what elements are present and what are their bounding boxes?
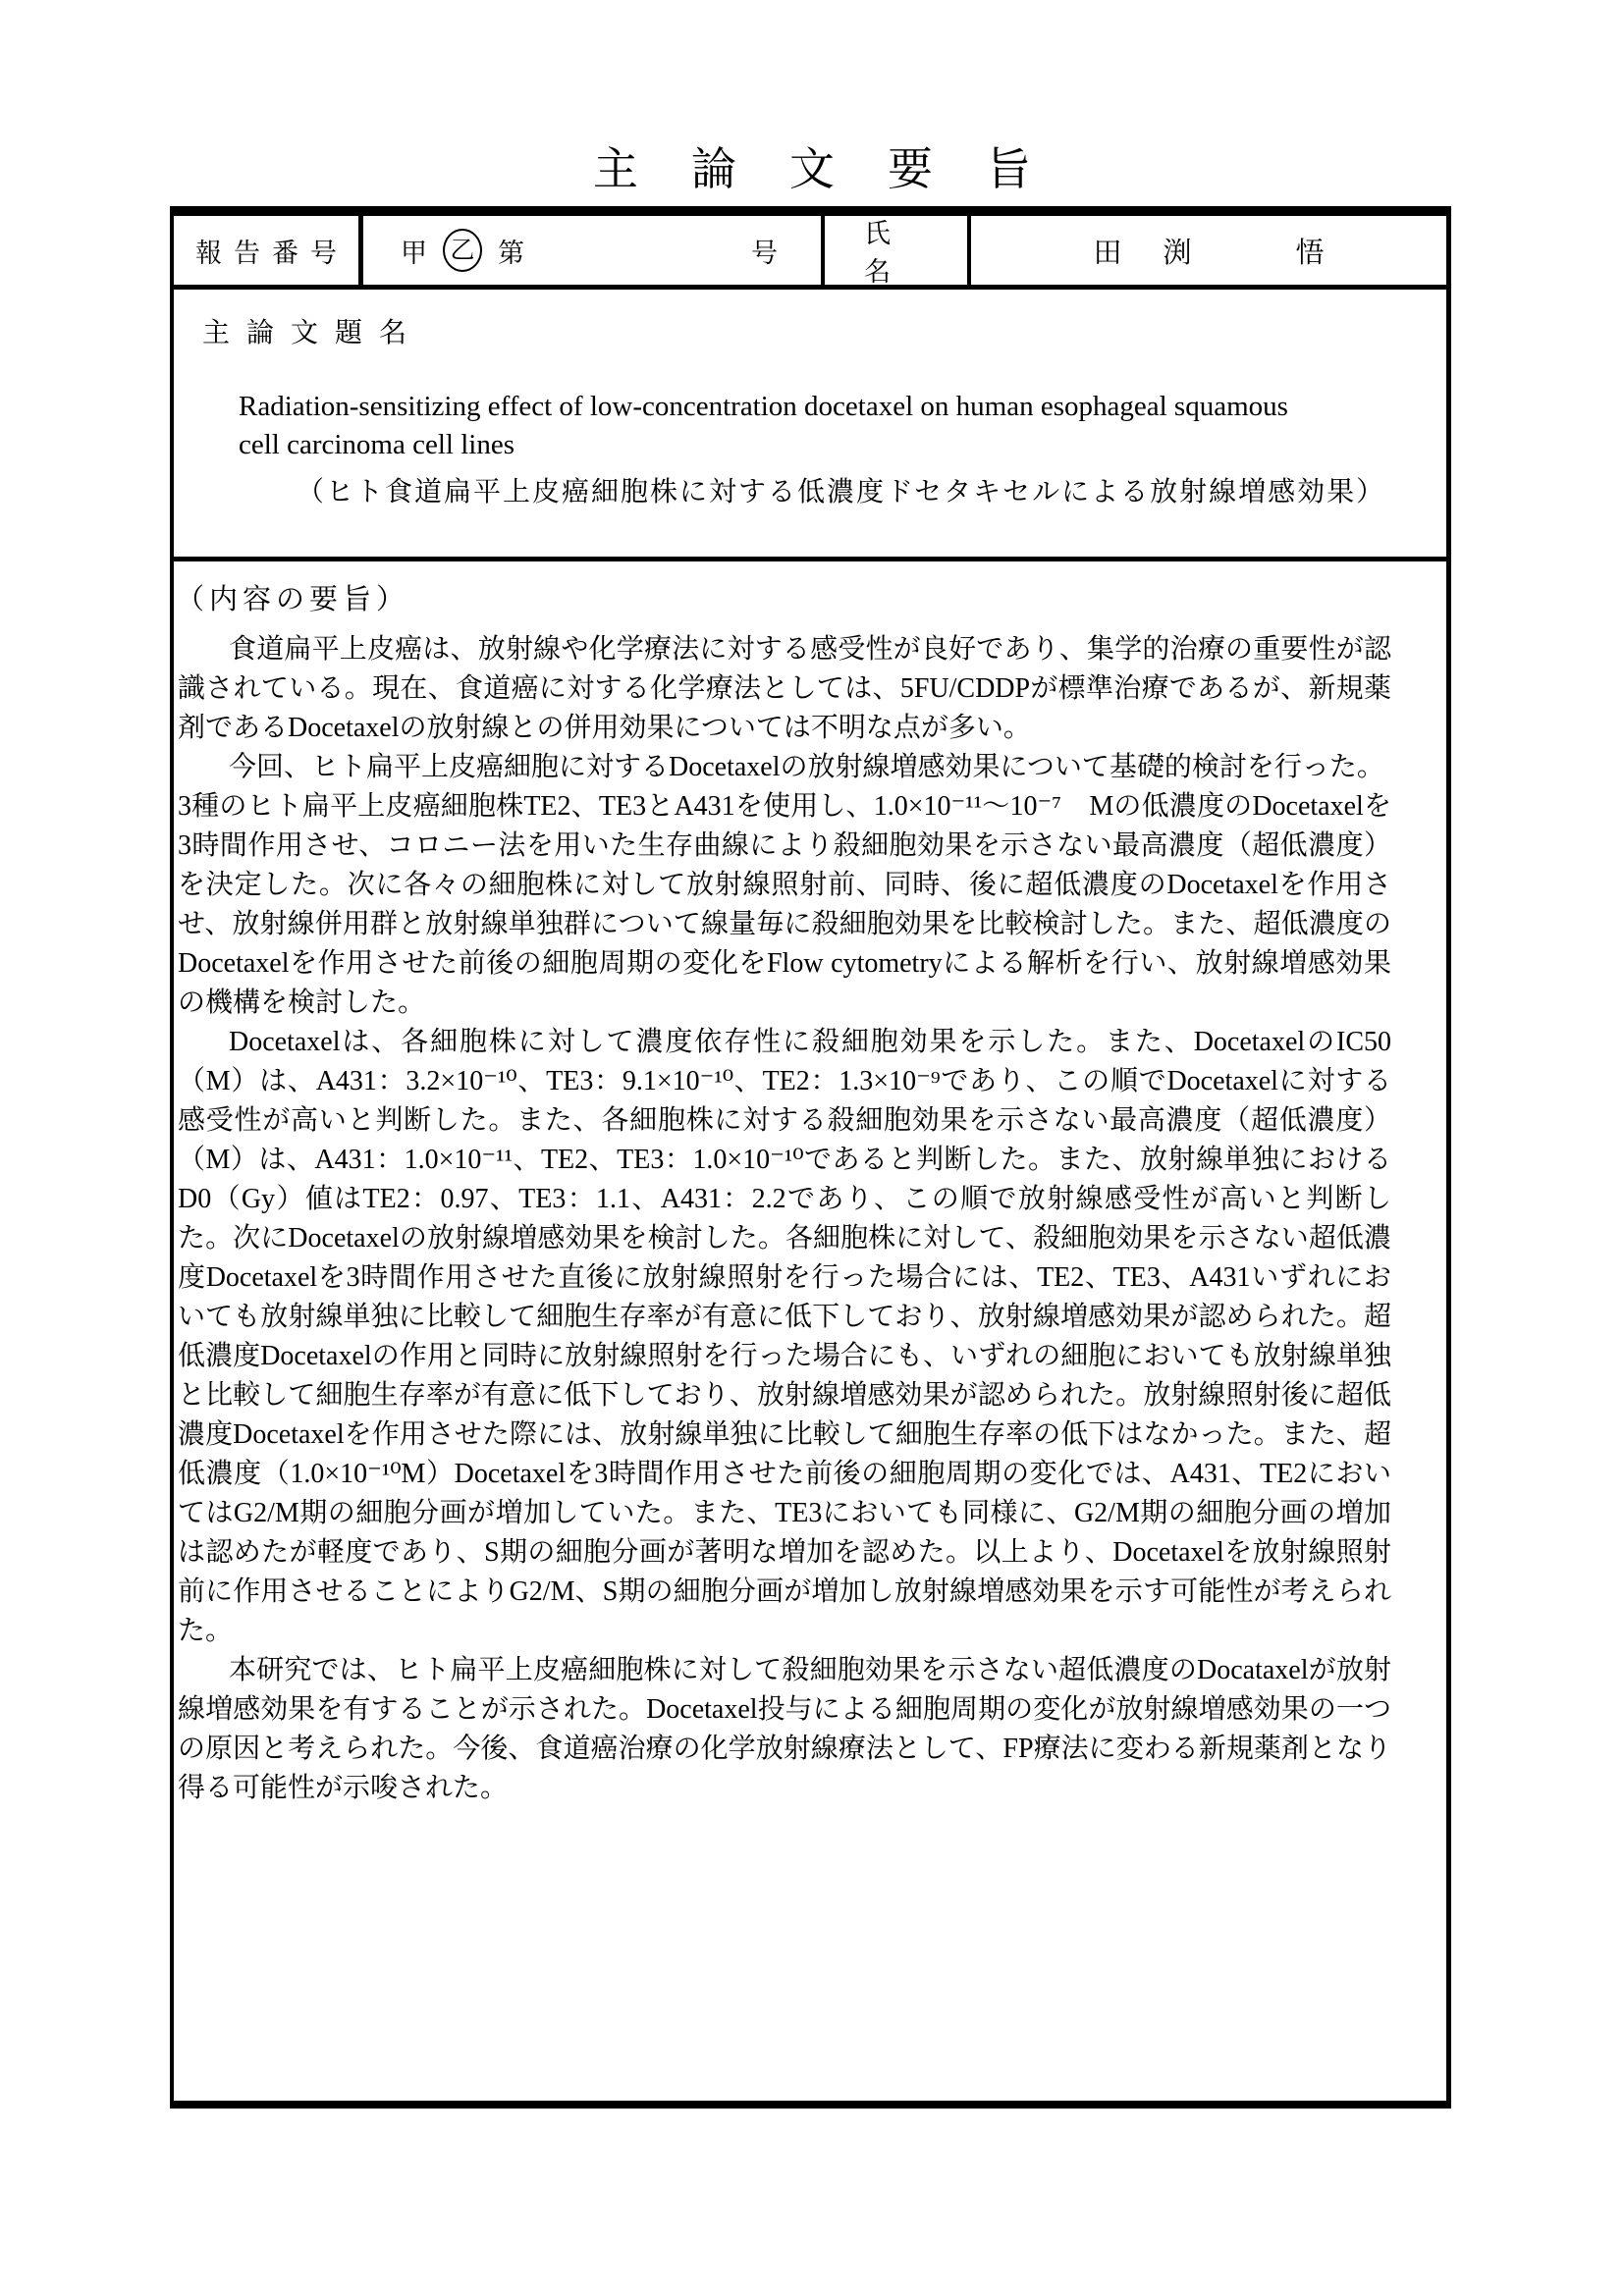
abstract-label: （内容の要旨） bbox=[176, 577, 409, 617]
name-label: 氏名 bbox=[825, 216, 971, 285]
gou-label: 号 bbox=[751, 232, 778, 270]
report-header-row: 報告番号 甲 乙 第 号 氏名 田 渕 悟 bbox=[174, 216, 1446, 290]
abstract-paragraph: 食道扁平上皮癌は、放射線や化学療法に対する感受性が良好であり、集学的治療の重要性… bbox=[178, 630, 1391, 748]
abstract-body: 食道扁平上皮癌は、放射線や化学療法に対する感受性が良好であり、集学的治療の重要性… bbox=[178, 630, 1391, 1808]
report-number-cell: 甲 乙 第 号 bbox=[363, 216, 825, 285]
abstract-paragraph: 今回、ヒト扁平上皮癌細胞に対するDocetaxelの放射線増感効果について基礎的… bbox=[178, 748, 1391, 787]
otsu-circled-label: 乙 bbox=[443, 229, 482, 272]
thesis-title-japanese: （ヒト食道扁平上皮癌細胞株に対する低濃度ドセタキセルによる放射線増感効果） bbox=[297, 470, 1385, 509]
name-char: 悟 bbox=[1296, 231, 1325, 271]
dai-label: 第 bbox=[498, 232, 524, 270]
thesis-title-english-line: Radiation-sensitizing effect of low-conc… bbox=[239, 388, 1392, 426]
report-number-label: 報告番号 bbox=[174, 216, 363, 285]
name-char: 渕 bbox=[1163, 231, 1191, 271]
abstract-form-table: 報告番号 甲 乙 第 号 氏名 田 渕 悟 主論文題名 Radiation-se… bbox=[170, 206, 1451, 2109]
kou-label: 甲 bbox=[401, 232, 427, 270]
document-title: 主論文要旨 bbox=[0, 133, 1624, 198]
thesis-title-label: 主論文題名 bbox=[202, 311, 423, 350]
thesis-title-english: Radiation-sensitizing effect of low-conc… bbox=[239, 388, 1392, 464]
abstract-section: （内容の要旨） 食道扁平上皮癌は、放射線や化学療法に対する感受性が良好であり、集… bbox=[174, 561, 1446, 2101]
thesis-title-english-line: cell carcinoma cell lines bbox=[239, 426, 1392, 464]
abstract-paragraph: 3種のヒト扁平上皮癌細胞株TE2、TE3とA431を使用し、1.0×10⁻¹¹〜… bbox=[178, 787, 1391, 1023]
abstract-paragraph: Docetaxelは、各細胞株に対して濃度依存性に殺細胞効果を示した。また、Do… bbox=[178, 1023, 1391, 1651]
abstract-paragraph: 本研究では、ヒト扁平上皮癌細胞株に対して殺細胞効果を示さない超低濃度のDocat… bbox=[178, 1651, 1391, 1808]
name-char: 田 bbox=[1093, 231, 1121, 271]
scanned-document-page: 主論文要旨 報告番号 甲 乙 第 号 氏名 田 渕 悟 主論文題名 Radiat… bbox=[0, 0, 1624, 2296]
name-value: 田 渕 悟 bbox=[971, 216, 1446, 285]
thesis-title-section: 主論文題名 Radiation-sensitizing effect of lo… bbox=[174, 290, 1446, 561]
